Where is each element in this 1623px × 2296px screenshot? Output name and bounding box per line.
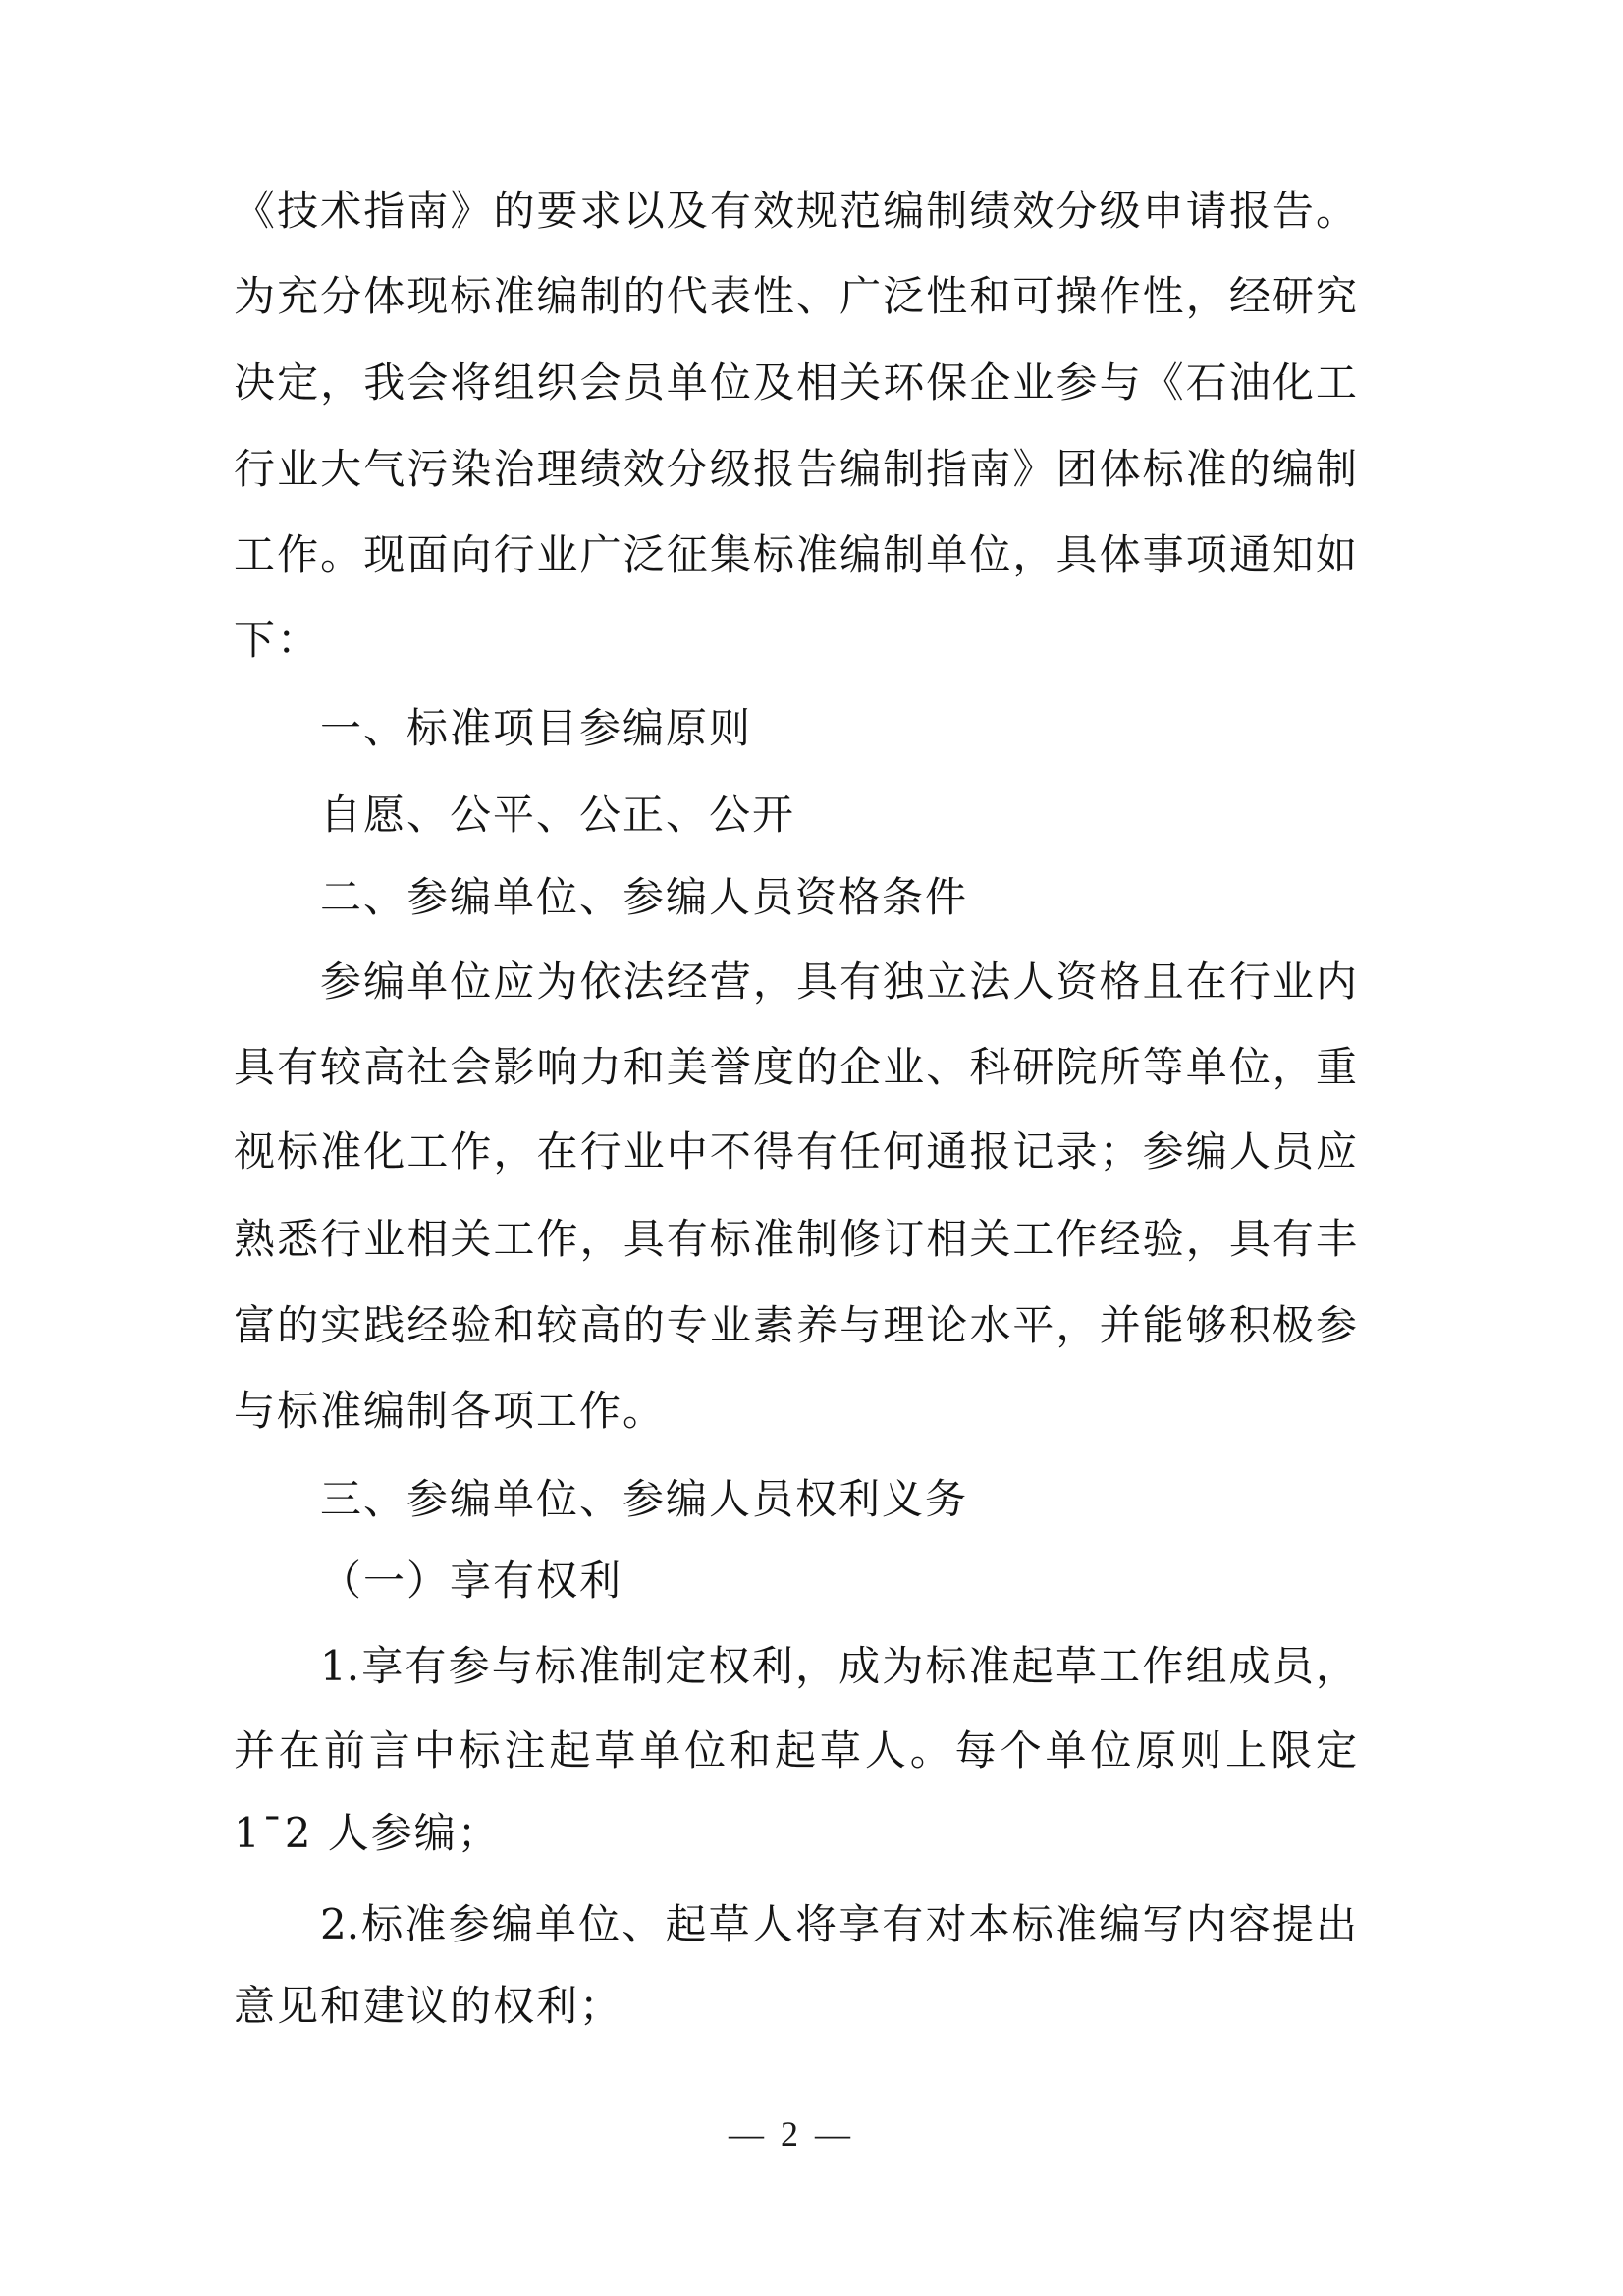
section-heading: 一、标准项目参编原则	[320, 707, 752, 750]
subsection-heading: （一）享有权利	[320, 1559, 622, 1603]
body-line: 《技术指南》的要求以及有效规范编制绩效分级申请报告。	[234, 190, 1357, 233]
paragraph-first-line: 参编单位应为依法经营，具有独立法人资格且在行业内	[320, 960, 1357, 1004]
section-heading: 三、参编单位、参编人员权利义务	[320, 1478, 968, 1521]
body-line: 行业大气污染治理绩效分级报告编制指南》团体标准的编制	[234, 448, 1357, 491]
page-number: — 2 —	[0, 2113, 1583, 2155]
body-line: 意见和建议的权利；	[234, 1985, 622, 2028]
body-line: 为充分体现标准编制的代表性、广泛性和可操作性，经研究	[234, 275, 1357, 318]
body-line: 下：	[234, 619, 320, 662]
section-heading: 二、参编单位、参编人员资格条件	[320, 876, 968, 919]
body-line: 与标准编制各项工作。	[234, 1390, 666, 1433]
body-line: 并在前言中标注起草单位和起草人。每个单位原则上限定	[234, 1729, 1357, 1773]
body-line: 1¯2 人参编；	[234, 1812, 501, 1855]
body-line: 视标准化工作，在行业中不得有任何通报记录；参编人员应	[234, 1130, 1357, 1174]
body-line: 富的实践经验和较高的专业素养与理论水平，并能够积极参	[234, 1304, 1357, 1347]
list-item-first-line: 2.标准参编单位、起草人将享有对本标准编写内容提出	[320, 1903, 1357, 1946]
document-page: 《技术指南》的要求以及有效规范编制绩效分级申请报告。 为充分体现标准编制的代表性…	[0, 0, 1623, 2296]
list-item-first-line: 1.享有参与标准制定权利，成为标准起草工作组成员，	[320, 1645, 1357, 1688]
body-line: 自愿、公平、公正、公开	[320, 793, 795, 837]
body-line: 决定，我会将组织会员单位及相关环保企业参与《石油化工	[234, 361, 1357, 405]
body-line: 工作。现面向行业广泛征集标准编制单位，具体事项通知如	[234, 533, 1357, 576]
body-line: 具有较高社会影响力和美誉度的企业、科研院所等单位，重	[234, 1046, 1357, 1089]
body-line: 熟悉行业相关工作，具有标准制修订相关工作经验，具有丰	[234, 1218, 1357, 1261]
